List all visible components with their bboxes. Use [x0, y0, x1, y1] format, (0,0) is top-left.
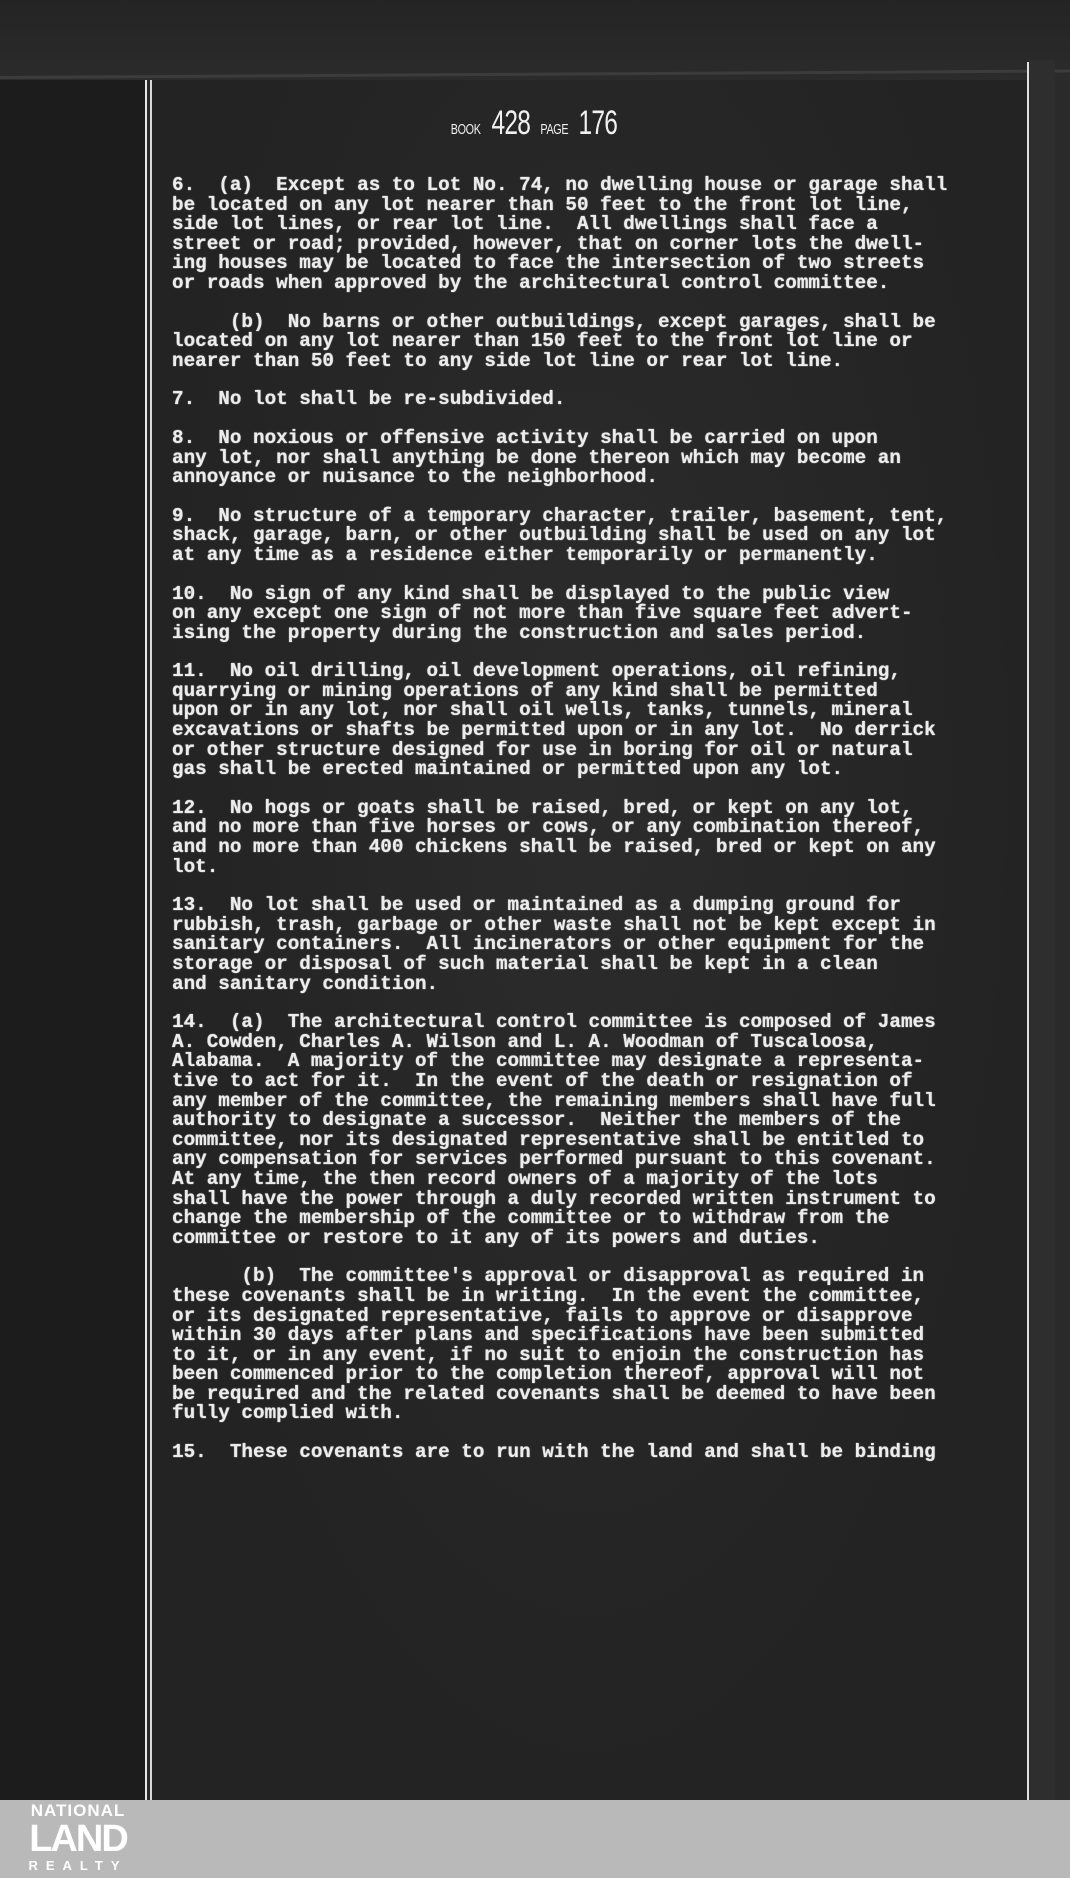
text-line: gas shall be erected maintained or permi…	[172, 760, 1052, 780]
paragraph-15: 15. These covenants are to run with the …	[172, 1443, 1052, 1463]
text-line: been commenced prior to the completion t…	[172, 1365, 1052, 1385]
book-page-stamp: BOOK 428 PAGE 176	[0, 104, 1070, 143]
text-line: 15. These covenants are to run with the …	[172, 1443, 1052, 1463]
margin-rule-left	[145, 80, 147, 1800]
text-line: on any except one sign of not more than …	[172, 604, 1052, 624]
text-line: 7. No lot shall be re-subdivided.	[172, 390, 1052, 410]
watermark-line-2: LAND	[8, 1820, 148, 1858]
text-line: located on any lot nearer than 150 feet …	[172, 332, 1052, 352]
paragraph-6b: (b) No barns or other outbuildings, exce…	[172, 313, 1052, 372]
text-line: nearer than 50 feet to any side lot line…	[172, 352, 1052, 372]
text-line: annoyance or nuisance to the neighborhoo…	[172, 468, 1052, 488]
book-label: BOOK	[451, 121, 481, 138]
text-line: lot.	[172, 858, 1052, 878]
text-line: (b) The committee's approval or disappro…	[172, 1267, 1052, 1287]
text-line: authority to designate a successor. Neit…	[172, 1111, 1052, 1131]
paragraph-11: 11. No oil drilling, oil development ope…	[172, 662, 1052, 780]
page-number: 176	[579, 104, 618, 143]
text-line: within 30 days after plans and specifica…	[172, 1326, 1052, 1346]
margin-rule-left-inner	[150, 80, 152, 1800]
paragraph-6a: 6. (a) Except as to Lot No. 74, no dwell…	[172, 176, 1052, 294]
paragraph-14a: 14. (a) The architectural control commit…	[172, 1013, 1052, 1248]
text-line: 6. (a) Except as to Lot No. 74, no dwell…	[172, 176, 1052, 196]
paragraph-10: 10. No sign of any kind shall be display…	[172, 585, 1052, 644]
paragraph-13: 13. No lot shall be used or maintained a…	[172, 896, 1052, 994]
covenant-text: 6. (a) Except as to Lot No. 74, no dwell…	[172, 176, 1052, 1482]
text-line: change the membership of the committee o…	[172, 1209, 1052, 1229]
paragraph-8: 8. No noxious or offensive activity shal…	[172, 429, 1052, 488]
text-line: and sanitary condition.	[172, 975, 1052, 995]
text-line: fully complied with.	[172, 1404, 1052, 1424]
book-number: 428	[491, 104, 530, 143]
paragraph-7: 7. No lot shall be re-subdivided.	[172, 390, 1052, 410]
text-line: ising the property during the constructi…	[172, 624, 1052, 644]
scan-bottom-border	[0, 1800, 1070, 1878]
text-line: 14. (a) The architectural control commit…	[172, 1013, 1052, 1033]
paragraph-12: 12. No hogs or goats shall be raised, br…	[172, 799, 1052, 877]
text-line: and no more than 400 chickens shall be r…	[172, 838, 1052, 858]
text-line: these covenants shall be in writing. In …	[172, 1287, 1052, 1307]
text-line: at any time as a residence either tempor…	[172, 546, 1052, 566]
text-line: or roads when approved by the architectu…	[172, 274, 1052, 294]
paragraph-9: 9. No structure of a temporary character…	[172, 507, 1052, 566]
text-line: 11. No oil drilling, oil development ope…	[172, 662, 1052, 682]
watermark-line-3: REALTY	[8, 1858, 148, 1874]
national-land-realty-watermark: NATIONAL LAND REALTY	[8, 1802, 148, 1876]
page-label: PAGE	[541, 121, 569, 138]
text-line: any compensation for services performed …	[172, 1150, 1052, 1170]
scan-top-border	[0, 0, 1070, 80]
text-line: tive to act for it. In the event of the …	[172, 1072, 1052, 1092]
text-line: storage or disposal of such material sha…	[172, 955, 1052, 975]
text-line: At any time, the then record owners of a…	[172, 1170, 1052, 1190]
scan-left-margin	[0, 80, 145, 1800]
text-line: committee or restore to it any of its po…	[172, 1229, 1052, 1249]
text-line: 13. No lot shall be used or maintained a…	[172, 896, 1052, 916]
text-line: excavations or shafts be permitted upon …	[172, 721, 1052, 741]
text-line: shack, garage, barn, or other outbuildin…	[172, 526, 1052, 546]
text-line: 8. No noxious or offensive activity shal…	[172, 429, 1052, 449]
paragraph-14b: (b) The committee's approval or disappro…	[172, 1267, 1052, 1424]
text-line: side lot lines, or rear lot line. All dw…	[172, 215, 1052, 235]
